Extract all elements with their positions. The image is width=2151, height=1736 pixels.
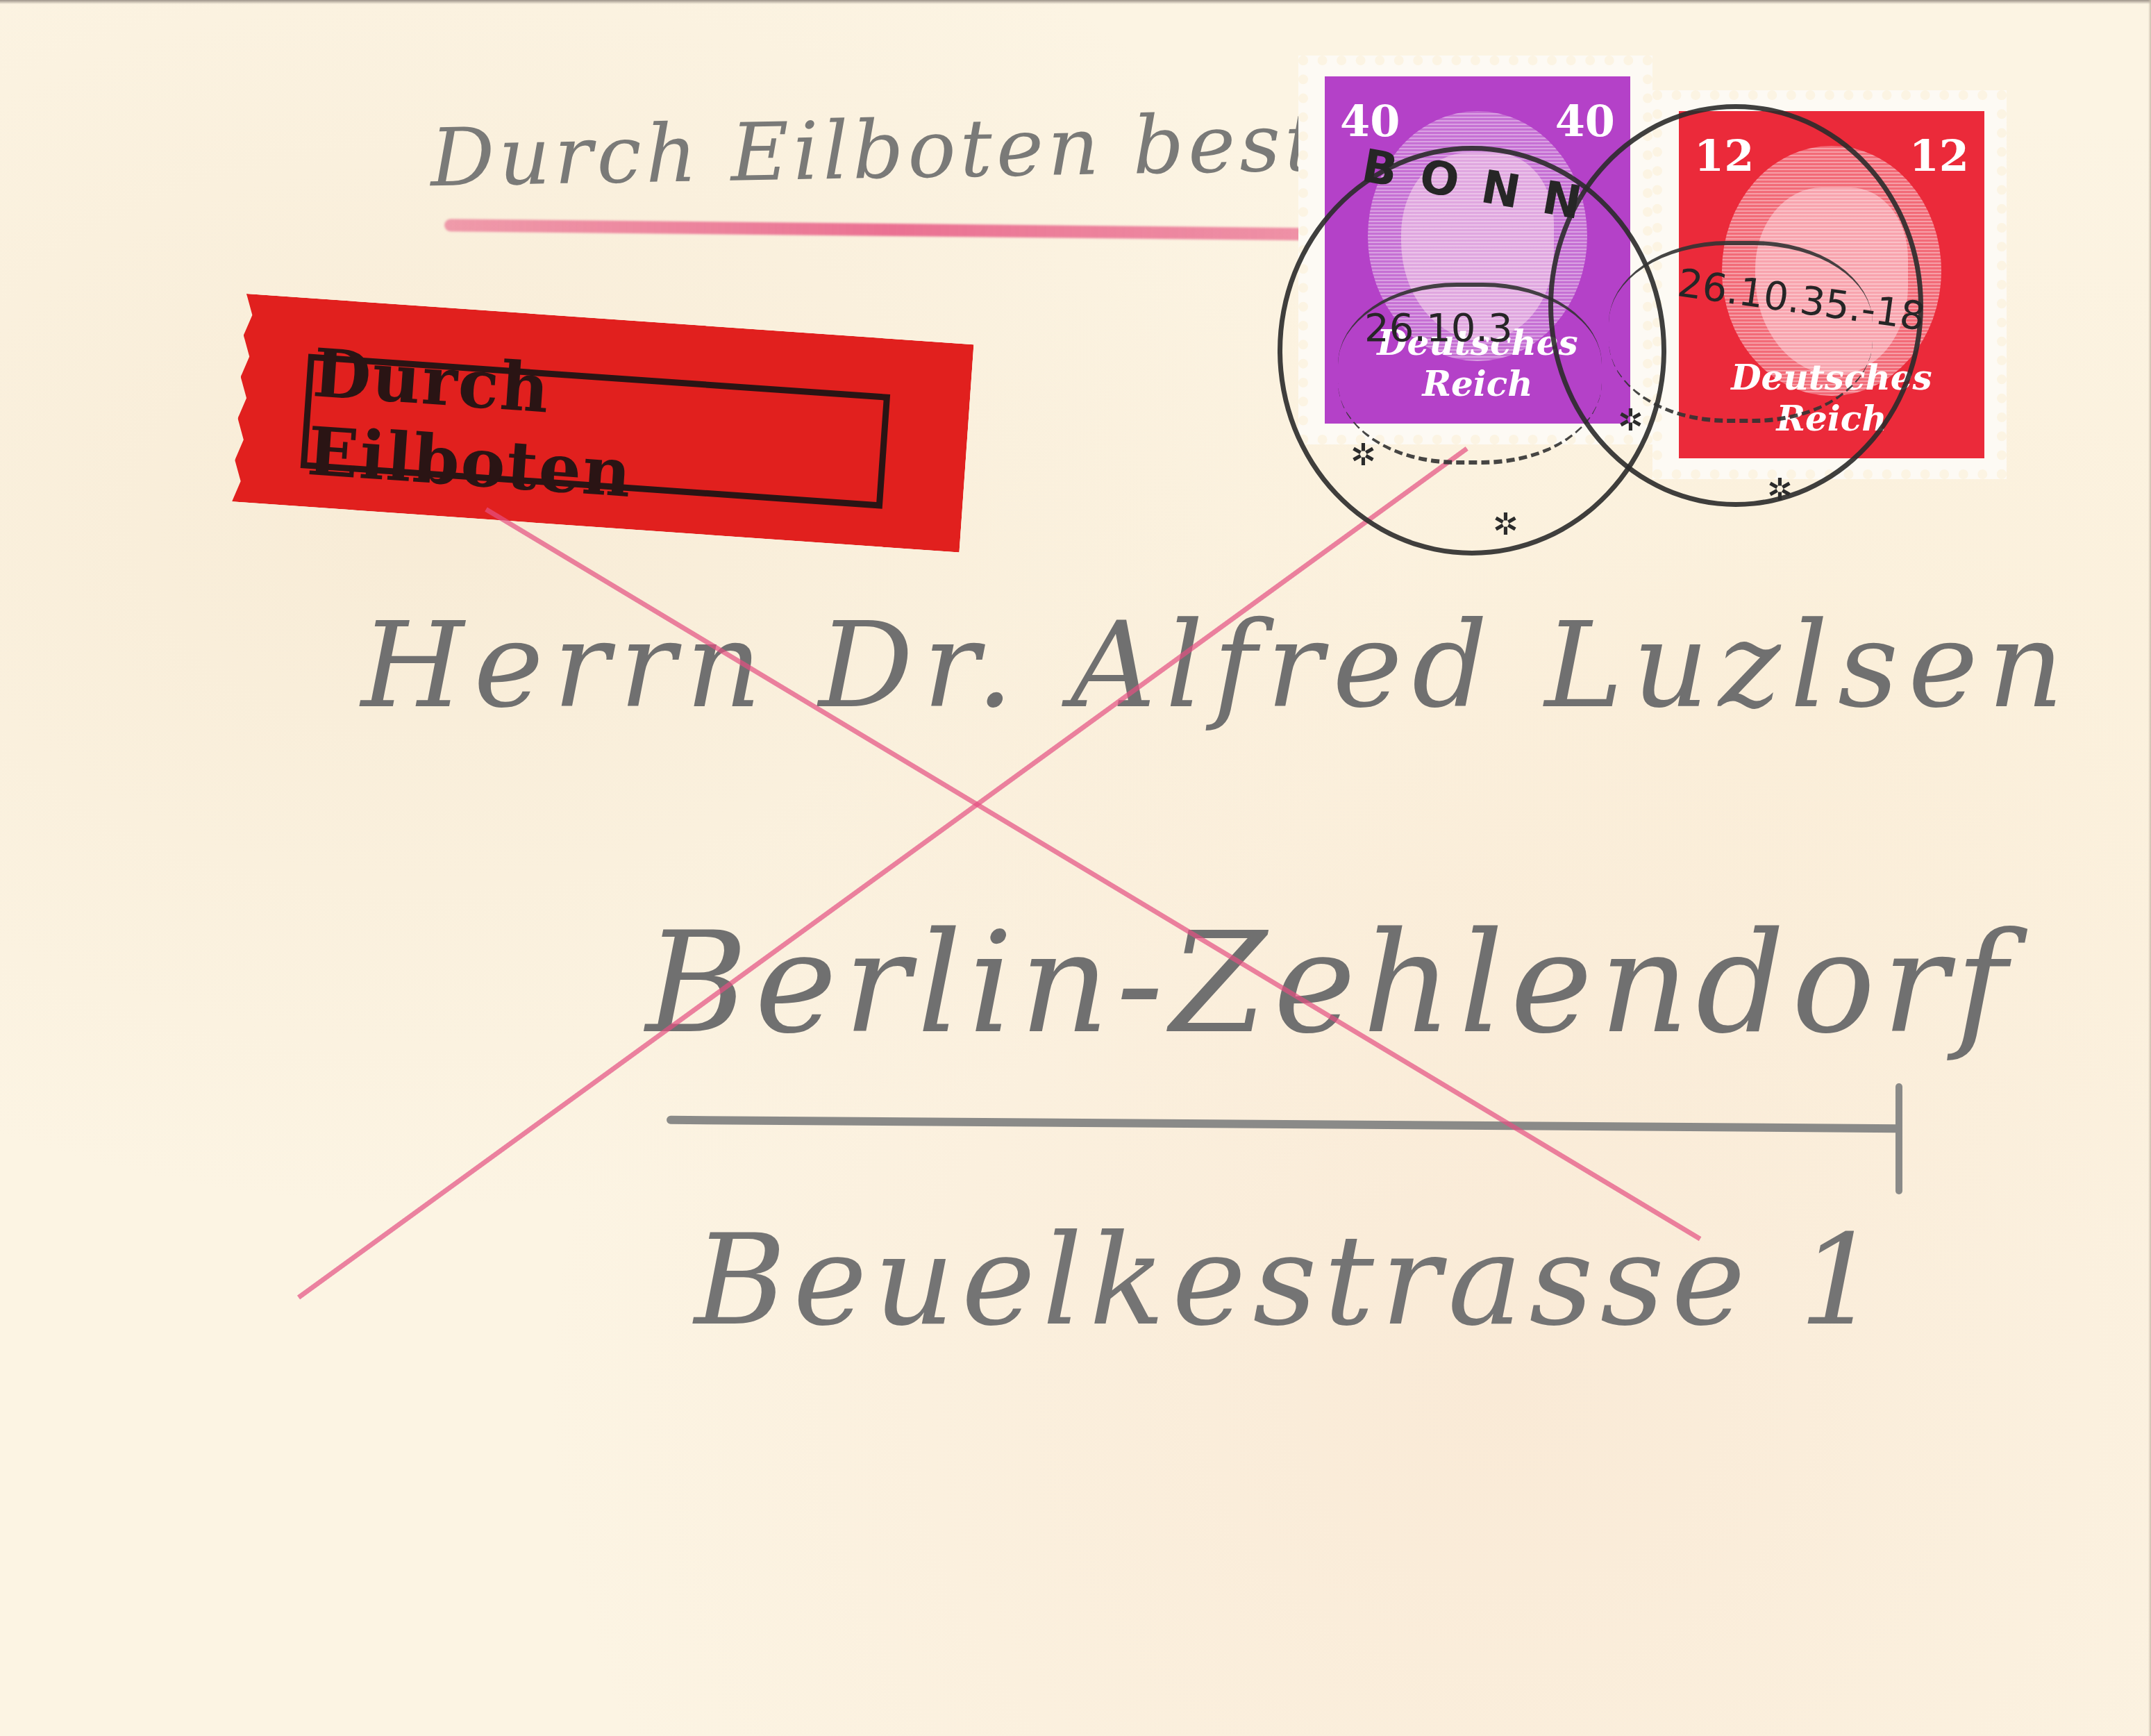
city-underline [667, 1116, 1902, 1133]
express-label-text: Durch Eilboten [306, 333, 886, 530]
postmark-inner-ring [1609, 241, 1873, 423]
express-label-frame: Durch Eilboten [301, 353, 890, 508]
envelope-right-edge [2148, 0, 2151, 1736]
envelope-top-edge [0, 0, 2151, 4]
city-underline-tail [1895, 1083, 1902, 1194]
address-street: Beuelkestrasse 1 [694, 1208, 1886, 1353]
postmark-star-icon: ✲ [1767, 472, 1793, 508]
addressee-name: Herrn Dr. Alfred Luzlsen [361, 597, 2073, 735]
postmark-star-icon: ✲ [1618, 403, 1643, 438]
envelope: Durch Eilboten best Durch Eilboten Herrn… [0, 0, 2151, 1736]
address-city: Berlin-Zehlendorf [646, 903, 2014, 1065]
red-crayon-cross-stroke [297, 446, 1468, 1299]
express-delivery-label: Durch Eilboten [232, 294, 973, 553]
postmark-star-icon: ✲ [1350, 437, 1376, 473]
handwritten-service-note: Durch Eilboten best [430, 97, 1322, 205]
postmark-date: 26.10.3 [1364, 306, 1513, 351]
postmark-star-icon: ✲ [1493, 507, 1518, 542]
red-crayon-underline [444, 219, 1340, 241]
